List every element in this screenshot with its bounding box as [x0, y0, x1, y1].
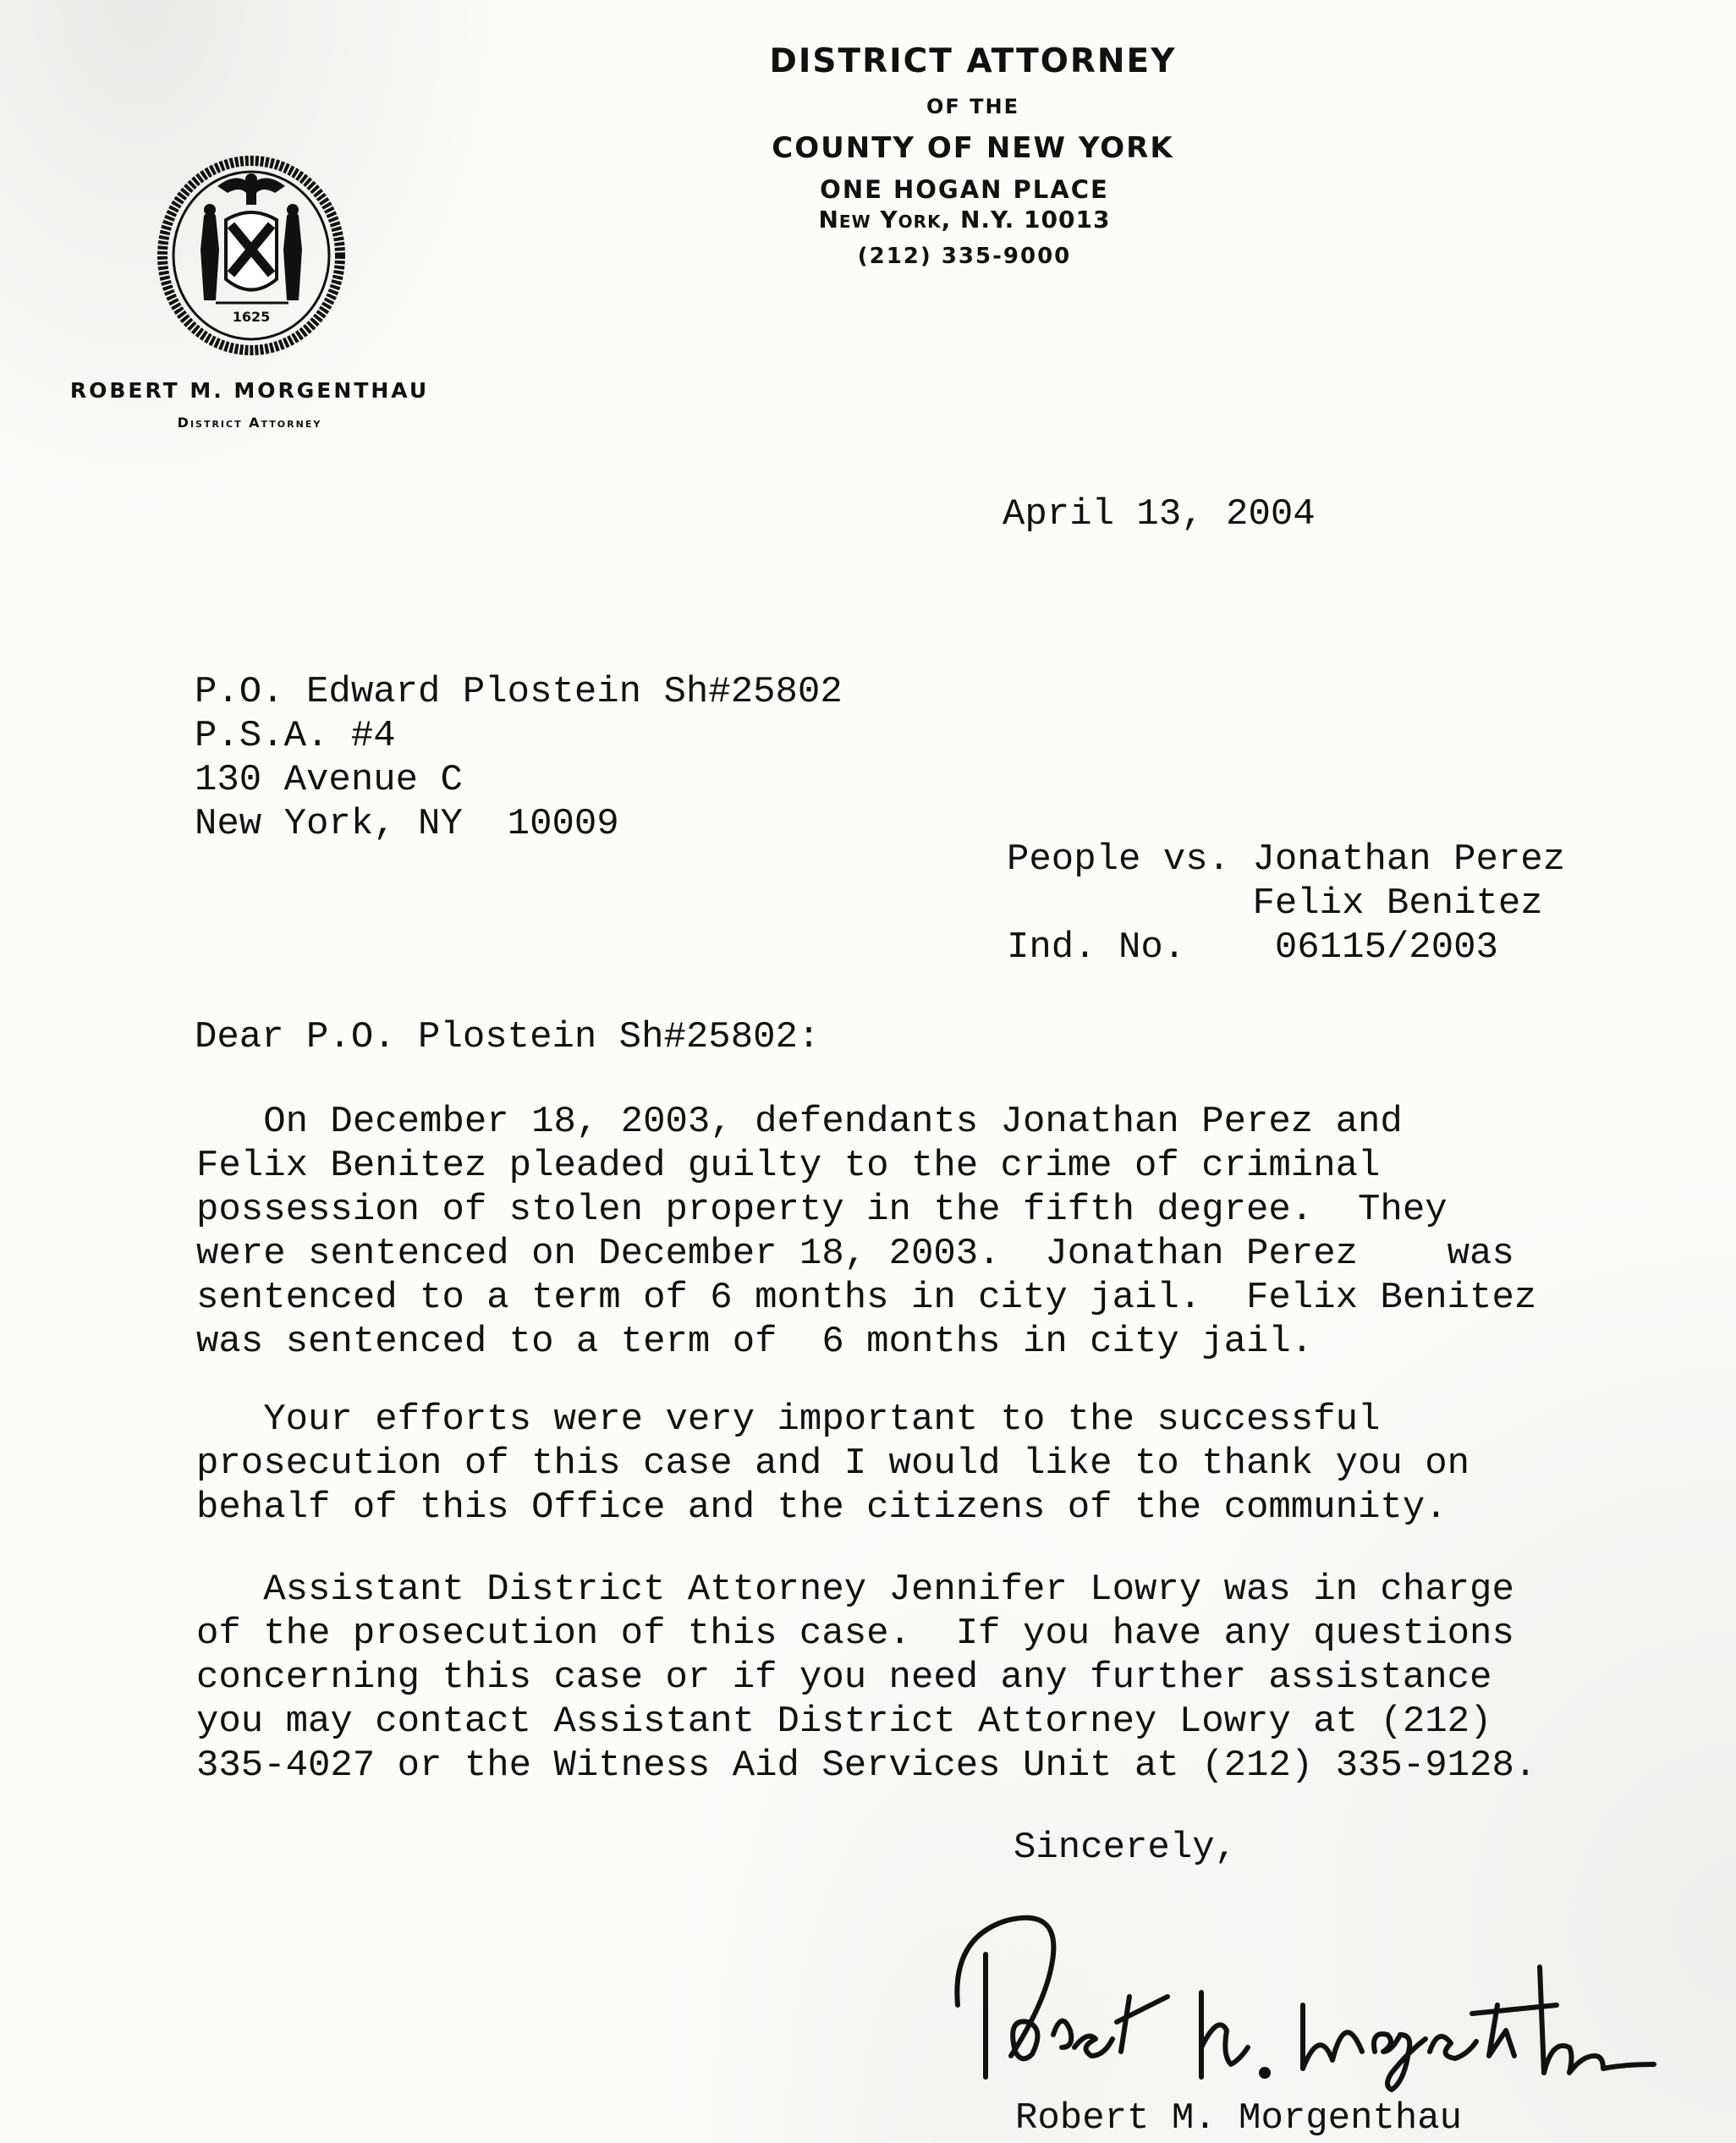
indictment-label: Ind. No.: [1007, 926, 1185, 969]
recipient-line: P.S.A. #4: [195, 714, 843, 758]
letterhead-of-the: OF THE: [846, 95, 1100, 118]
indictment-number: 06115/2003: [1275, 926, 1498, 969]
svg-text:1625: 1625: [233, 309, 271, 325]
letterhead-phone: (212) 335-9000: [804, 244, 1125, 269]
body-paragraph: Assistant District Attorney Jennifer Low…: [196, 1568, 1536, 1788]
letterhead-title: DISTRICT ATTORNEY: [723, 42, 1222, 80]
closing: Sincerely,: [1014, 1826, 1237, 1870]
recipient-line: P.O. Edward Plostein Sh#25802: [195, 670, 843, 714]
letter-date: April 13, 2004: [1003, 492, 1316, 536]
body-paragraph: Your efforts were very important to the …: [196, 1398, 1470, 1530]
typed-signature-name: Robert M. Morgenthau: [1015, 2096, 1462, 2140]
letterhead-street: ONE HOGAN PLACE: [761, 175, 1167, 204]
case-label: People vs.: [1007, 838, 1230, 881]
defendant-name: Felix Benitez: [1252, 882, 1542, 925]
defendant-name: Jonathan Perez: [1252, 838, 1565, 881]
nyc-seal-icon: 1625: [157, 152, 347, 355]
recipient-address: P.O. Edward Plostein Sh#25802P.S.A. #413…: [195, 626, 843, 846]
salutation: Dear P.O. Plostein Sh#25802:: [195, 1015, 820, 1059]
handwritten-signature-icon: [948, 1904, 1709, 2098]
recipient-line: New York, NY 10009: [195, 802, 843, 846]
recipient-line: 130 Avenue C: [195, 758, 843, 802]
sender-name: ROBERT M. MORGENTHAU: [34, 378, 465, 403]
case-reference: People vs. Jonathan Perez Felix BenitezI…: [1007, 838, 1565, 970]
letterhead-city: New York, N.Y. 10013: [761, 206, 1167, 234]
letterhead-county: COUNTY OF NEW YORK: [728, 131, 1218, 165]
sender-title: District Attorney: [34, 415, 465, 431]
body-paragraph: On December 18, 2003, defendants Jonatha…: [196, 1100, 1536, 1364]
